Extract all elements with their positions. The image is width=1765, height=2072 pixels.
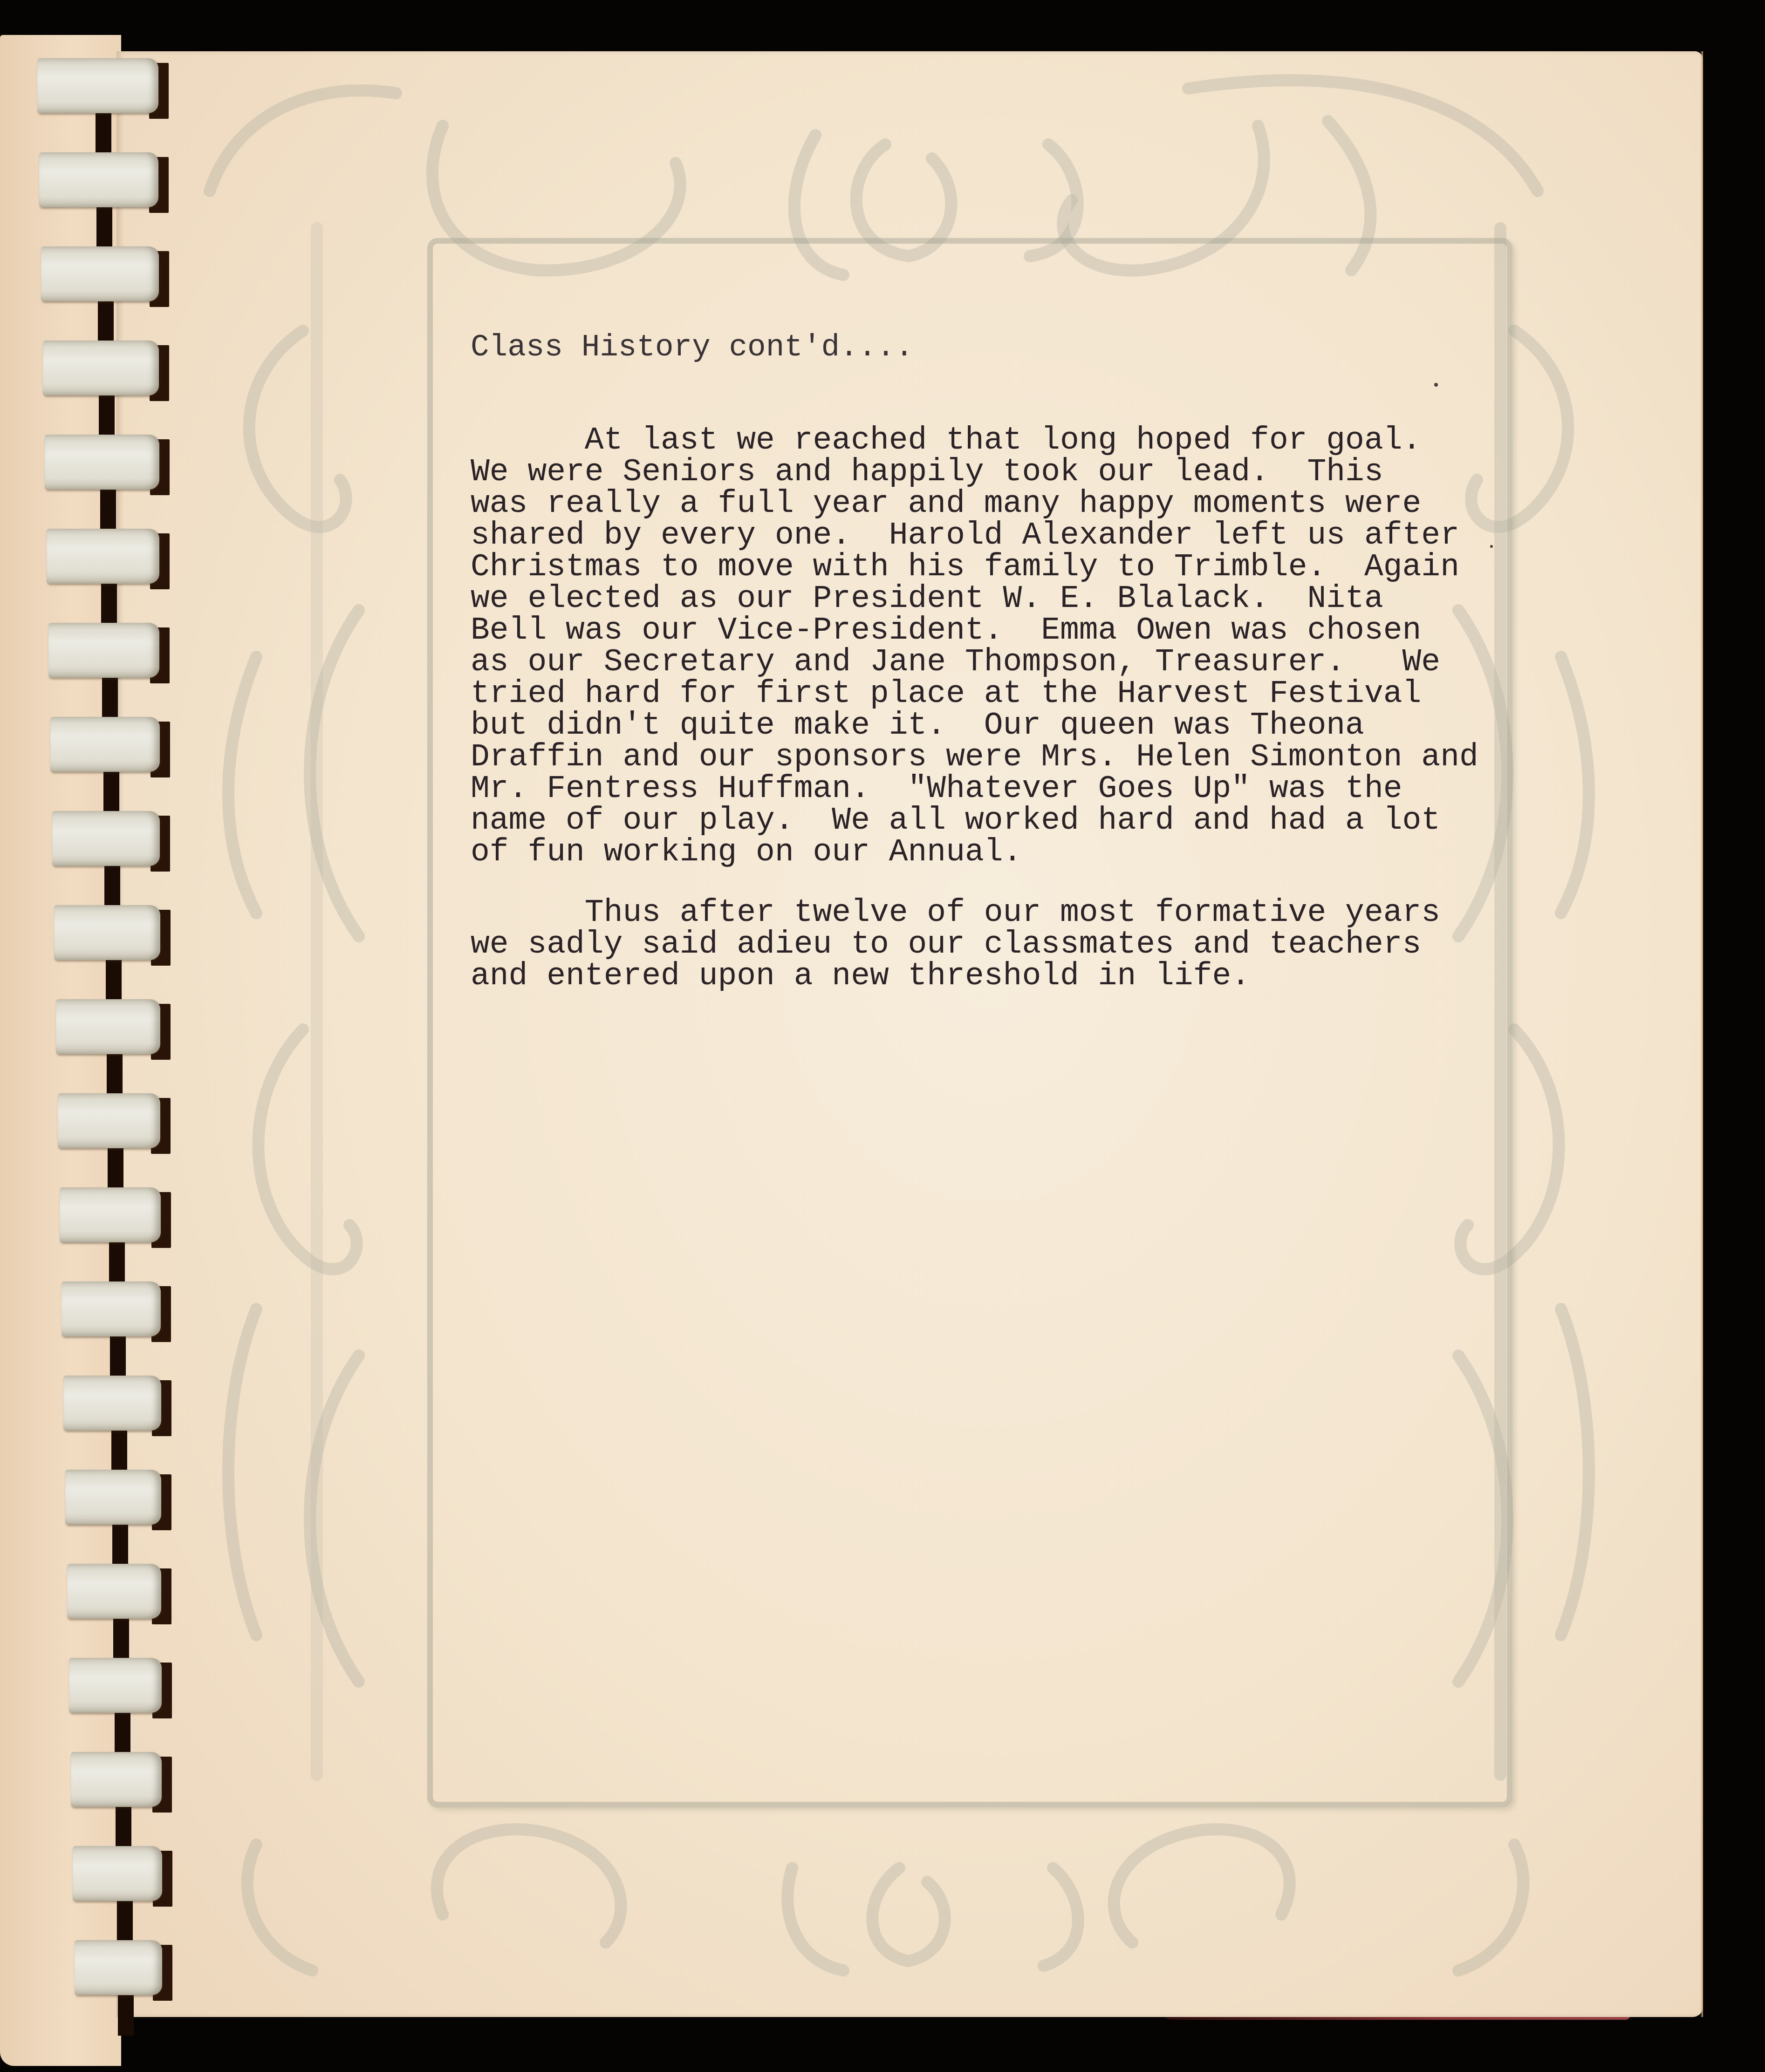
binding-slot [107,1050,123,1095]
binding-ring [69,1658,162,1713]
binding-ring [45,435,159,490]
binding-slot [102,674,118,718]
text-line: of fun working on our Annual. [471,837,1478,868]
text-line: was really a full year and many happy mo… [471,488,1478,520]
binding-ring [62,1281,161,1336]
binding-ring [39,152,158,207]
page-title: Class History cont'd.... [471,332,914,363]
binding-slot [116,1803,131,1847]
binding-ring [37,58,158,113]
binding-slot [96,204,112,248]
binding-slot [99,392,115,436]
binding-ring [67,1564,161,1619]
binding-ring [47,529,159,584]
ink-speck [1434,383,1438,387]
text-line: Mr. Fentress Huffman. "Whatever Goes Up"… [471,773,1478,805]
binding-slot [110,1333,126,1377]
text-line: we sadly said adieu to our classmates an… [471,929,1440,961]
binding-slot [98,298,114,342]
binding-slot [109,1239,125,1283]
binding-slot [108,1145,123,1189]
binding-ring [54,905,160,960]
binding-slot [101,580,117,624]
text-line: we elected as our President W. E. Blalac… [471,583,1478,615]
spiral-binding [0,0,186,2072]
binding-slot [117,1897,133,1942]
binding-ring [60,1187,161,1242]
paragraph-1: At last we reached that long hoped for g… [471,425,1478,868]
text-line: Draffin and our sponsors were Mrs. Helen… [471,742,1478,773]
binding-slot [112,1521,128,1565]
binding-slot [118,1991,134,2036]
binding-ring [48,623,159,678]
binding-ring [50,717,160,772]
binding-slot [100,486,116,530]
text-line: shared by every one. Harold Alexander le… [471,520,1478,552]
text-line: name of our play. We all worked hard and… [471,805,1478,837]
ink-speck [1490,545,1493,548]
binding-ring [41,246,159,301]
text-line: as our Secretary and Jane Thompson, Trea… [471,647,1478,678]
text-line: Thus after twelve of our most formative … [471,897,1440,929]
binding-slot [103,768,119,812]
binding-ring [43,341,159,395]
binding-slot [106,956,122,1001]
text-line: Bell was our Vice-President. Emma Owen w… [471,615,1478,647]
text-line: Christmas to move with his family to Tri… [471,552,1478,583]
binding-ring [52,811,160,866]
binding-ring [75,1940,162,1995]
binding-ring [65,1470,161,1525]
binding-slot [115,1709,130,1753]
binding-ring [63,1376,161,1431]
paragraph-2: Thus after twelve of our most formative … [471,897,1440,992]
text-line: but didn't quite make it. Our queen was … [471,710,1478,742]
binding-ring [56,999,160,1054]
text-line: At last we reached that long hoped for g… [471,425,1478,457]
binding-ring [71,1752,162,1807]
text-line: We were Seniors and happily took our lea… [471,457,1478,488]
binding-slot [96,109,111,154]
binding-ring [58,1093,160,1148]
binding-slot [111,1427,127,1471]
binding-ring [73,1846,162,1901]
binding-slot [104,862,120,906]
binding-slot [113,1615,129,1659]
text-line: tried hard for first place at the Harves… [471,678,1478,710]
text-line: and entered upon a new threshold in life… [471,961,1440,992]
